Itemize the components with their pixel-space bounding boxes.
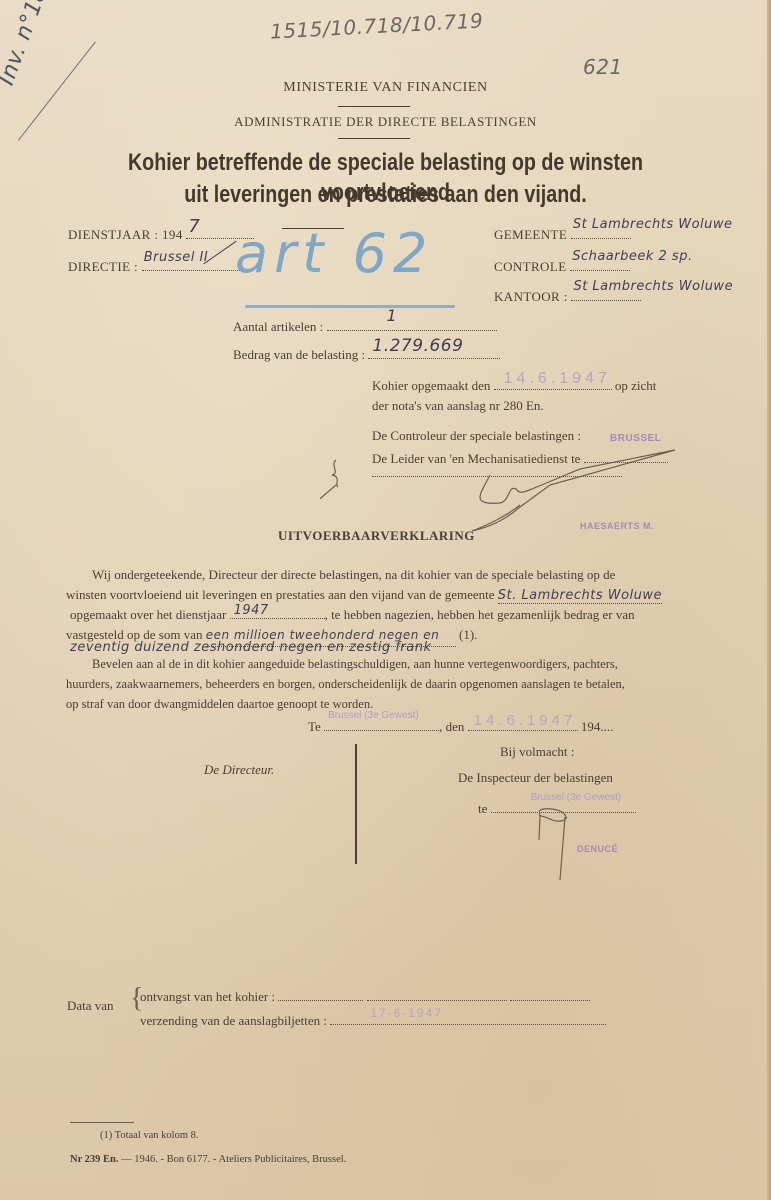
bij-volmacht-label: Bij volmacht : [500, 744, 574, 760]
controle-input[interactable]: Schaarbeek 2 sp. [570, 256, 630, 271]
inspecteur-signature [530, 805, 580, 885]
kohier-date-input[interactable]: 14.6.1947 [494, 375, 612, 390]
place-stamp: Brussel (3e Gewest) [328, 710, 419, 721]
kohier-date-stamp: 14.6.1947 [504, 370, 611, 388]
verzending-line: verzending van de aanslagbiljetten : 17-… [140, 1010, 606, 1029]
ministry-title: MINISTERIE VAN FINANCIEN [0, 80, 771, 96]
declaration-heading: UITVOERBAARVERKLARING [278, 528, 475, 544]
place-input[interactable]: Brussel (3e Gewest) [324, 716, 439, 731]
aantal-artikelen-label: Aantal artikelen : [233, 319, 323, 334]
ontvangst-label: ontvangst van het kohier : [140, 989, 275, 1004]
dienstjaar-suffix: , te hebben nagezien, hebben het gezamen… [325, 607, 635, 622]
declaration-para2-line2: huurders, zaakwaarnemers, beheerders en … [66, 674, 625, 695]
aantal-artikelen-value: 1 [387, 306, 398, 325]
brussel-stamp: BRUSSEL [610, 433, 661, 444]
directie-input[interactable]: Brussel II [142, 256, 242, 271]
kantoor-value: St Lambrechts Woluwe [573, 279, 733, 294]
controle-label: CONTROLE [494, 259, 567, 274]
te2-label: te [478, 801, 487, 816]
kohier-opgemaakt-line: Kohier opgemaakt den 14.6.1947 op zicht [372, 375, 656, 394]
form-number: Nr 239 En. [70, 1154, 119, 1165]
aantal-artikelen-input[interactable]: 1 [327, 316, 497, 331]
top-right-number: 621 [583, 55, 623, 79]
footnote-ref: (1). [459, 627, 477, 642]
declaration-para1-line2: winsten voortvloeiend uit leveringen en … [66, 584, 662, 606]
header-divider-2 [338, 138, 410, 139]
declaration-para1-line3: opgemaakt over het dienstjaar 1947 , te … [70, 604, 635, 625]
gemeente-prefix: winsten voortvloeiend uit leveringen en … [66, 587, 495, 602]
year-suffix: 194.... [581, 719, 614, 734]
article-number-annotation: art 62 [235, 222, 433, 285]
gemeente-value: St Lambrechts Woluwe [573, 217, 733, 232]
ontvangst-line: ontvangst van het kohier : [140, 986, 590, 1005]
directeur-label: De Directeur. [204, 762, 274, 778]
inspecteur-label: De Inspecteur der belastingen [458, 770, 613, 786]
gemeente-input[interactable]: St Lambrechts Woluwe [571, 224, 631, 239]
declaration-dienstjaar-input[interactable]: 1947 [230, 604, 325, 619]
bedrag-input[interactable]: 1.279.669 [368, 344, 500, 359]
printer-details: — 1946. - Bon 6177. - Ateliers Publicita… [121, 1154, 346, 1165]
declaration-dienstjaar-value: 1947 [234, 600, 269, 621]
printer-imprint: Nr 239 En. — 1946. - Bon 6177. - Atelier… [70, 1154, 346, 1165]
kohier-opgemaakt-label: Kohier opgemaakt den [372, 378, 490, 393]
aantal-artikelen-field: Aantal artikelen : 1 [233, 316, 497, 335]
den-label: , den [439, 719, 464, 734]
dienstjaar-field: DIENSTJAAR : 194 7 [68, 224, 254, 243]
document-title-line2: uit leveringen en prestaties aan den vij… [69, 180, 701, 210]
footnote: (1) Totaal van kolom 8. [100, 1130, 199, 1141]
nota-line: der nota's van aanslag nr 280 En. [372, 398, 544, 414]
ontvangst-input-2[interactable] [367, 986, 507, 1001]
dienstjaar-label: DIENSTJAAR : 194 [68, 227, 183, 242]
bedrag-label: Bedrag van de belasting : [233, 347, 365, 362]
controle-value: Schaarbeek 2 sp. [572, 249, 692, 264]
date-input[interactable]: 14.6.1947 [468, 716, 578, 731]
date-stamp: 14.6.1947 [474, 712, 577, 729]
page-edge [767, 0, 771, 1200]
gemeente-label: GEMEENTE [494, 227, 567, 242]
blue-underline [245, 305, 455, 308]
som-value-line2: zeventig duizend zeshonderd negen en zes… [70, 640, 431, 655]
directie-label: DIRECTIE : [68, 259, 138, 274]
directie-field: DIRECTIE : Brussel II [68, 256, 242, 275]
data-van-label: Data van [67, 998, 114, 1014]
verzending-stamp: 17-6-1947 [370, 1006, 443, 1020]
footnote-divider [70, 1122, 134, 1123]
kantoor-input[interactable]: St Lambrechts Woluwe [571, 286, 641, 301]
ontvangst-input-3[interactable] [510, 986, 590, 1001]
dienstjaar-value: 7 [188, 216, 200, 237]
dienstjaar-prefix: opgemaakt over het dienstjaar [70, 607, 226, 622]
verzending-label: verzending van de aanslagbiljetten : [140, 1013, 327, 1028]
denuce-stamp: DENUCÉ [577, 844, 618, 854]
declaration-para2-line1: Bevelen aan al de in dit kohier aangedui… [92, 654, 618, 675]
verzending-input[interactable]: 17-6-1947 [330, 1010, 606, 1025]
controleur-line: De Controleur der speciale belastingen : [372, 428, 581, 444]
kantoor-label: KANTOOR : [494, 289, 568, 304]
bedrag-field: Bedrag van de belasting : 1.279.669 [233, 344, 500, 363]
directie-value: Brussel II [144, 250, 208, 265]
inspecteur-place-stamp: Brussel (3e Gewest) [531, 792, 622, 803]
declaration-para1-line1: Wij ondergeteekende, Directeur der direc… [92, 564, 615, 585]
header-divider [338, 106, 410, 107]
place-date-line: Te Brussel (3e Gewest) , den 14.6.1947 1… [308, 716, 613, 735]
ontvangst-input-1[interactable] [278, 986, 363, 1001]
administration-title: ADMINISTRATIE DER DIRECTE BELASTINGEN [0, 114, 771, 130]
signature-divider [355, 744, 357, 864]
kohier-suffix: op zicht [615, 378, 657, 393]
controle-field: CONTROLE Schaarbeek 2 sp. [494, 256, 630, 275]
kantoor-field: KANTOOR : St Lambrechts Woluwe [494, 286, 641, 305]
haesaerts-stamp: HAESAERTS M. [580, 521, 654, 531]
te-label: Te [308, 719, 321, 734]
bedrag-value: 1.279.669 [372, 336, 463, 356]
declaration-gemeente-value[interactable]: St. Lambrechts Woluwe [498, 588, 662, 604]
gemeente-field: GEMEENTE St Lambrechts Woluwe [494, 224, 631, 243]
